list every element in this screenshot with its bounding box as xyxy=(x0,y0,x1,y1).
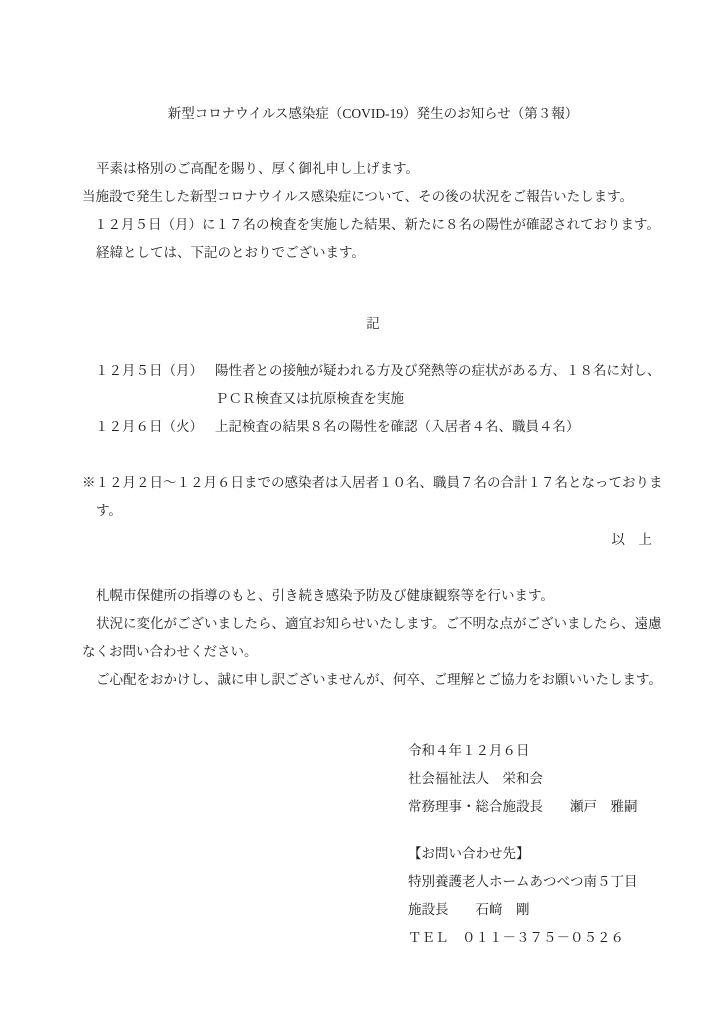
timeline-date: １２月５日（月） xyxy=(82,357,215,385)
signature-organization: 社会福祉法人 栄和会 xyxy=(408,765,664,793)
timeline-row: ＰＣＲ検査又は抗原検査を実施 xyxy=(82,385,664,413)
note-line: す。 xyxy=(82,497,664,525)
timeline-description: 上記検査の結果８名の陽性を確認（入居者４名、職員４名） xyxy=(215,413,580,441)
document-page: 新型コロナウイルス感染症（COVID-19）発生のお知らせ（第３報） 平素は格別… xyxy=(0,0,724,1024)
greeting-line: 当施設で発生した新型コロナウイルス感染症について、その後の状況をご報告いたします… xyxy=(82,183,664,211)
timeline-date: １２月６日（火） xyxy=(82,413,215,441)
record-heading: 記 xyxy=(82,310,664,338)
contact-tel: ＴＥＬ ０１１－３７５－０５２６ xyxy=(408,924,664,952)
timeline-row: １２月５日（月） 陽性者との接触が疑われる方及び発熱等の症状がある方、１８名に対… xyxy=(82,357,664,385)
timeline-date xyxy=(82,385,215,413)
note-line: ※１２月２日～１２月６日までの感染者は入居者１０名、職員７名の合計１７名となって… xyxy=(82,469,664,497)
contact-heading: 【お問い合わせ先】 xyxy=(408,840,664,868)
timeline: １２月５日（月） 陽性者との接触が疑われる方及び発熱等の症状がある方、１８名に対… xyxy=(82,357,664,441)
signature-block: 令和４年１２月６日 社会福祉法人 栄和会 常務理事・総合施設長 瀬戸 雅嗣 xyxy=(408,737,664,821)
contact-block: 【お問い合わせ先】 特別養護老人ホームあつべつ南５丁目 施設長 石﨑 剛 ＴＥＬ… xyxy=(408,840,664,952)
timeline-description: ＰＣＲ検査又は抗原検査を実施 xyxy=(215,385,404,413)
greeting-line: １２月５日（月）に１７名の検査を実施した結果、新たに８名の陽性が確認されておりま… xyxy=(82,211,664,239)
closing-line: なくお問い合わせください。 xyxy=(82,638,664,666)
signature-signer: 常務理事・総合施設長 瀬戸 雅嗣 xyxy=(408,793,664,821)
greeting-line: 平素は格別のご高配を賜り、厚く御礼申し上げます。 xyxy=(82,155,664,183)
signature-date: 令和４年１２月６日 xyxy=(408,737,664,765)
closing-line: 札幌市保健所の指導のもと、引き続き感染予防及び健康観察等を行います。 xyxy=(82,582,664,610)
document-title: 新型コロナウイルス感染症（COVID-19）発生のお知らせ（第３報） xyxy=(82,100,664,128)
contact-facility: 特別養護老人ホームあつべつ南５丁目 xyxy=(408,868,664,896)
closing-line: ご心配をおかけし、誠に申し訳ございませんが、何卒、ご理解とご協力をお願いいたしま… xyxy=(82,666,664,694)
note-paragraph: ※１２月２日～１２月６日までの感染者は入居者１０名、職員７名の合計１７名となって… xyxy=(82,469,664,525)
closing-line: 状況に変化がございましたら、適宜お知らせいたします。ご不明な点がございましたら、… xyxy=(82,610,664,638)
timeline-description: 陽性者との接触が疑われる方及び発熱等の症状がある方、１８名に対し、 xyxy=(215,357,661,385)
closing-paragraph: 札幌市保健所の指導のもと、引き続き感染予防及び健康観察等を行います。 状況に変化… xyxy=(82,582,664,694)
timeline-row: １２月６日（火） 上記検査の結果８名の陽性を確認（入居者４名、職員４名） xyxy=(82,413,664,441)
closing-mark: 以 上 xyxy=(82,526,664,554)
greeting-line: 経緯としては、下記のとおりでございます。 xyxy=(82,239,664,267)
greeting-paragraph: 平素は格別のご高配を賜り、厚く御礼申し上げます。 当施設で発生した新型コロナウイ… xyxy=(82,155,664,267)
contact-manager: 施設長 石﨑 剛 xyxy=(408,896,664,924)
